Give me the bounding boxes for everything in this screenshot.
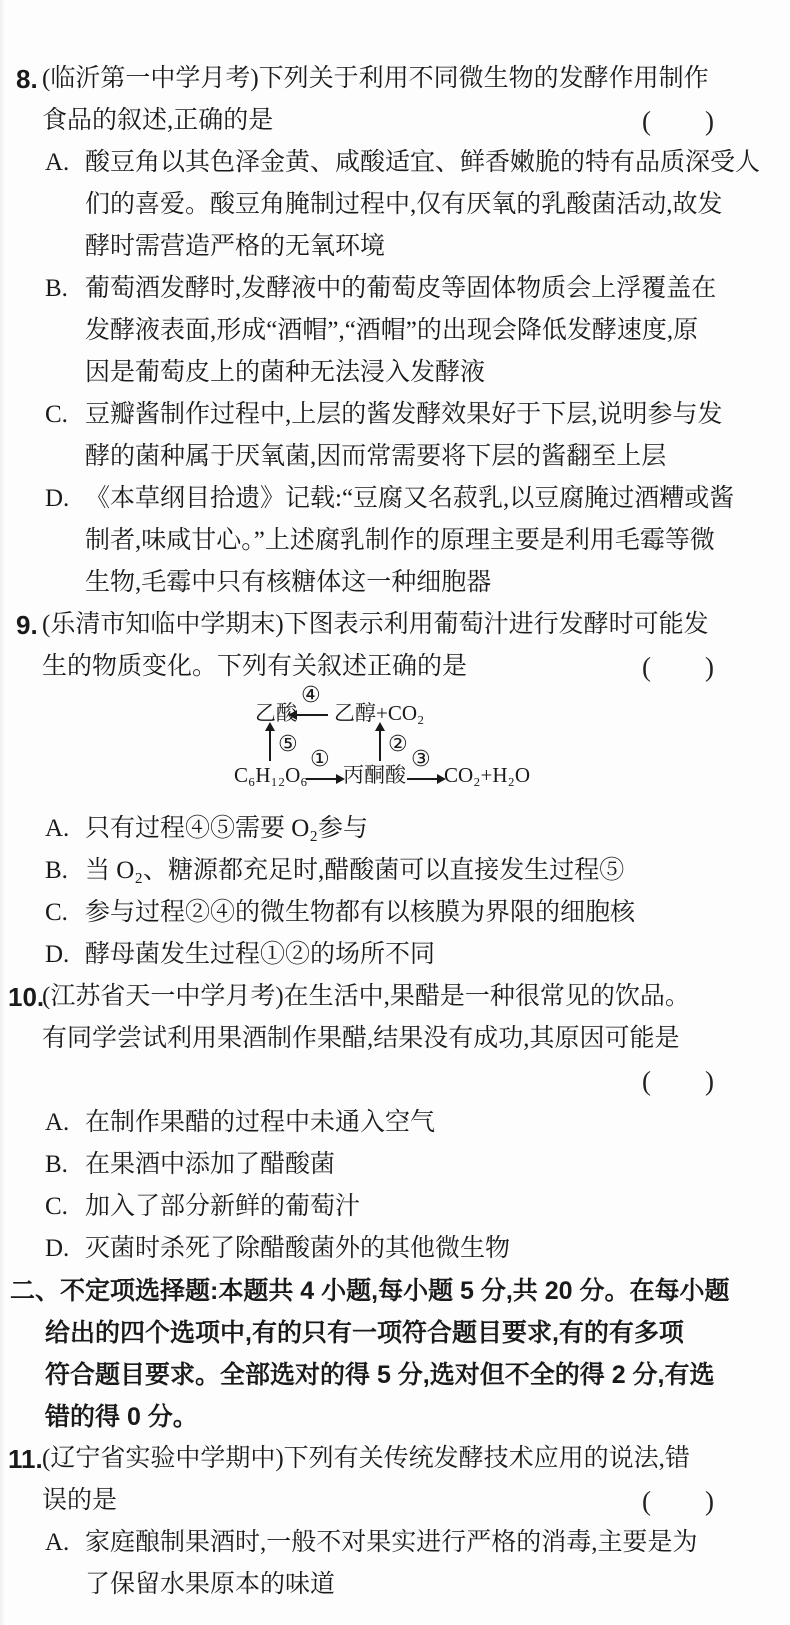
option-line: 因是葡萄皮上的菌种无法浸入发酵液 xyxy=(85,352,714,394)
option-label: D. xyxy=(45,934,69,976)
option-line: 当 O₂、糖源都充足时,醋酸菌可以直接发生过程⑤ xyxy=(85,850,714,892)
option-label: B. xyxy=(45,850,68,892)
node-glucose: C₆H₁₂O₆ xyxy=(234,762,308,788)
question-11: 11. (辽宁省实验中学期中)下列有关传统发酵技术应用的说法,错 误的是 ( )… xyxy=(14,1438,714,1606)
option-label: A. xyxy=(45,1102,69,1144)
fermentation-pathway-diagram: 乙酸 ④ 乙醇+CO₂ ⑤ ② C₆H₁₂O₆ ① 丙酮酸 ③ CO₂+H₂O xyxy=(230,688,560,808)
options: A. 家庭酿制果酒时,一般不对果实进行严格的消毒,主要是为 了保留水果原本的味道 xyxy=(45,1522,714,1606)
option-b: B. 当 O₂、糖源都充足时,醋酸菌可以直接发生过程⑤ xyxy=(45,850,714,892)
question-stem: (乐清市知临中学期末)下图表示利用葡萄汁进行发酵时可能发 生的物质变化。下列有关… xyxy=(42,604,714,808)
arrow-up-step5 xyxy=(269,730,271,761)
question-8: 8. (临沂第一中学月考)下列关于利用不同微生物的发酵作用制作 食品的叙述,正确… xyxy=(14,58,714,604)
paren-open: ( xyxy=(642,100,651,142)
option-line: 制者,味咸甘心。”上述腐乳制作的原理主要是利用毛霉等微 xyxy=(85,520,714,562)
step-2-label: ② xyxy=(388,734,408,756)
option-label: C. xyxy=(45,892,68,934)
question-10: 10. (江苏省天一中学月考)在生活中,果醋是一种很常见的饮品。 有同学尝试利用… xyxy=(14,976,714,1270)
paren-close: ) xyxy=(705,1060,714,1102)
question-stem: (辽宁省实验中学期中)下列有关传统发酵技术应用的说法,错 误的是 ( ) xyxy=(42,1438,714,1522)
question-number: 11. xyxy=(8,1438,43,1480)
option-d: D. 《本草纲目拾遗》记载:“豆腐又名菽乳,以豆腐腌过酒糟或酱 制者,味咸甘心。… xyxy=(45,478,714,604)
option-line: 生物,毛霉中只有核糖体这一种细胞器 xyxy=(85,562,714,604)
option-label: A. xyxy=(45,142,69,184)
option-line: 只有过程④⑤需要 O₂参与 xyxy=(85,808,714,850)
stem-line: (乐清市知临中学期末)下图表示利用葡萄汁进行发酵时可能发 xyxy=(42,604,714,646)
option-label: D. xyxy=(45,478,69,520)
step-5-label: ⑤ xyxy=(278,734,298,756)
option-label: A. xyxy=(45,1522,69,1564)
answer-brackets-line: ( ) xyxy=(42,1060,714,1102)
step-3-label: ③ xyxy=(411,749,431,771)
option-line: 酵时需营造严格的无氧环境 xyxy=(85,226,714,268)
option-line: 们的喜爱。酸豆角腌制过程中,仅有厌氧的乳酸菌活动,故发 xyxy=(85,184,714,226)
option-b: B. 在果酒中添加了醋酸菌 xyxy=(45,1144,714,1186)
question-number: 8. xyxy=(16,58,38,100)
step-4-label: ④ xyxy=(301,685,321,707)
options: A. 只有过程④⑤需要 O₂参与 B. 当 O₂、糖源都充足时,醋酸菌可以直接发… xyxy=(45,808,714,976)
node-co2-h2o: CO₂+H₂O xyxy=(444,762,530,788)
stem-line-text: 误的是 xyxy=(42,1480,117,1522)
option-label: D. xyxy=(45,1228,69,1270)
option-d: D. 灭菌时杀死了除醋酸菌外的其他微生物 xyxy=(45,1228,714,1270)
option-line: 家庭酿制果酒时,一般不对果实进行严格的消毒,主要是为 xyxy=(85,1522,714,1564)
arrow-right-step1 xyxy=(306,778,337,780)
paren-close: ) xyxy=(705,100,714,142)
options: A. 在制作果醋的过程中未通入空气 B. 在果酒中添加了醋酸菌 C. 加入了部分… xyxy=(45,1102,714,1270)
option-line: 灭菌时杀死了除醋酸菌外的其他微生物 xyxy=(85,1228,714,1270)
option-line: 了保留水果原本的味道 xyxy=(85,1564,714,1606)
option-a: A. 在制作果醋的过程中未通入空气 xyxy=(45,1102,714,1144)
stem-line: 生的物质变化。下列有关叙述正确的是 ( ) xyxy=(42,646,714,688)
stem-line: (辽宁省实验中学期中)下列有关传统发酵技术应用的说法,错 xyxy=(42,1438,714,1480)
section-2-header: 二、不定项选择题:本题共 4 小题,每小题 5 分,共 20 分。在每小题 给出… xyxy=(14,1270,714,1438)
question-number: 10. xyxy=(8,976,44,1018)
stem-line: (临沂第一中学月考)下列关于利用不同微生物的发酵作用制作 xyxy=(42,58,714,100)
option-line: 酵母菌发生过程①②的场所不同 xyxy=(85,934,714,976)
arrow-left-step4 xyxy=(296,714,328,716)
paren-open: ( xyxy=(642,1060,651,1102)
option-label: C. xyxy=(45,1186,68,1228)
question-number: 9. xyxy=(16,604,38,646)
section-header-line: 符合题目要求。全部选对的得 5 分,选对但不全的得 2 分,有选 xyxy=(45,1354,714,1396)
answer-brackets: ( ) xyxy=(642,100,714,142)
answer-brackets: ( ) xyxy=(642,646,714,688)
option-c: C. 加入了部分新鲜的葡萄汁 xyxy=(45,1186,714,1228)
answer-brackets: ( ) xyxy=(642,1060,714,1102)
option-a: A. 酸豆角以其色泽金黄、咸酸适宜、鲜香嫩脆的特有品质深受人 们的喜爱。酸豆角腌… xyxy=(45,142,714,268)
step-1-label: ① xyxy=(310,749,330,771)
option-c: C. 参与过程②④的微生物都有以核膜为界限的细胞核 xyxy=(45,892,714,934)
paren-close: ) xyxy=(705,1480,714,1522)
option-line: 葡萄酒发酵时,发酵液中的葡萄皮等固体物质会上浮覆盖在 xyxy=(85,268,714,310)
node-pyruvate: 丙酮酸 xyxy=(343,762,406,788)
question-9: 9. (乐清市知临中学期末)下图表示利用葡萄汁进行发酵时可能发 生的物质变化。下… xyxy=(14,604,714,976)
option-line: 豆瓣酱制作过程中,上层的酱发酵效果好于下层,说明参与发 xyxy=(85,394,714,436)
section-header-line: 给出的四个选项中,有的只有一项符合题目要求,有的有多项 xyxy=(45,1312,714,1354)
stem-line: 有同学尝试利用果酒制作果醋,结果没有成功,其原因可能是 xyxy=(42,1018,714,1060)
option-line: 加入了部分新鲜的葡萄汁 xyxy=(85,1186,714,1228)
arrow-right-step3 xyxy=(407,778,438,780)
paren-open: ( xyxy=(642,646,651,688)
answer-brackets: ( ) xyxy=(642,1480,714,1522)
option-label: B. xyxy=(45,1144,68,1186)
stem-line: 食品的叙述,正确的是 ( ) xyxy=(42,100,714,142)
option-line: 酸豆角以其色泽金黄、咸酸适宜、鲜香嫩脆的特有品质深受人 xyxy=(85,142,714,184)
page-content: 8. (临沂第一中学月考)下列关于利用不同微生物的发酵作用制作 食品的叙述,正确… xyxy=(14,58,714,1606)
section-header-line: 错的得 0 分。 xyxy=(45,1396,714,1438)
arrow-up-step2 xyxy=(379,730,381,761)
options: A. 酸豆角以其色泽金黄、咸酸适宜、鲜香嫩脆的特有品质深受人 们的喜爱。酸豆角腌… xyxy=(45,142,714,604)
stem-line: (江苏省天一中学月考)在生活中,果醋是一种很常见的饮品。 xyxy=(42,976,714,1018)
exam-page: 8. (临沂第一中学月考)下列关于利用不同微生物的发酵作用制作 食品的叙述,正确… xyxy=(0,0,790,1625)
option-line: 在制作果醋的过程中未通入空气 xyxy=(85,1102,714,1144)
option-c: C. 豆瓣酱制作过程中,上层的酱发酵效果好于下层,说明参与发 酵的菌种属于厌氧菌… xyxy=(45,394,714,478)
stem-line: 误的是 ( ) xyxy=(42,1480,714,1522)
option-label: A. xyxy=(45,808,69,850)
stem-line-text: 生的物质变化。下列有关叙述正确的是 xyxy=(42,646,467,688)
section-header-line: 二、不定项选择题:本题共 4 小题,每小题 5 分,共 20 分。在每小题 xyxy=(10,1270,714,1312)
option-a: A. 只有过程④⑤需要 O₂参与 xyxy=(45,808,714,850)
question-stem: (临沂第一中学月考)下列关于利用不同微生物的发酵作用制作 食品的叙述,正确的是 … xyxy=(42,58,714,142)
option-line: 在果酒中添加了醋酸菌 xyxy=(85,1144,714,1186)
option-a: A. 家庭酿制果酒时,一般不对果实进行严格的消毒,主要是为 了保留水果原本的味道 xyxy=(45,1522,714,1606)
stem-line-text: 食品的叙述,正确的是 xyxy=(42,100,273,142)
option-label: C. xyxy=(45,394,68,436)
option-line: 酵的菌种属于厌氧菌,因而常需要将下层的酱翻至上层 xyxy=(85,436,714,478)
option-d: D. 酵母菌发生过程①②的场所不同 xyxy=(45,934,714,976)
paren-open: ( xyxy=(642,1480,651,1522)
paren-close: ) xyxy=(705,646,714,688)
option-line: 参与过程②④的微生物都有以核膜为界限的细胞核 xyxy=(85,892,714,934)
option-line: 发酵液表面,形成“酒帽”,“酒帽”的出现会降低发酵速度,原 xyxy=(85,310,714,352)
option-line: 《本草纲目拾遗》记载:“豆腐又名菽乳,以豆腐腌过酒糟或酱 xyxy=(85,478,714,520)
option-label: B. xyxy=(45,268,68,310)
option-b: B. 葡萄酒发酵时,发酵液中的葡萄皮等固体物质会上浮覆盖在 发酵液表面,形成“酒… xyxy=(45,268,714,394)
question-stem: (江苏省天一中学月考)在生活中,果醋是一种很常见的饮品。 有同学尝试利用果酒制作… xyxy=(42,976,714,1102)
